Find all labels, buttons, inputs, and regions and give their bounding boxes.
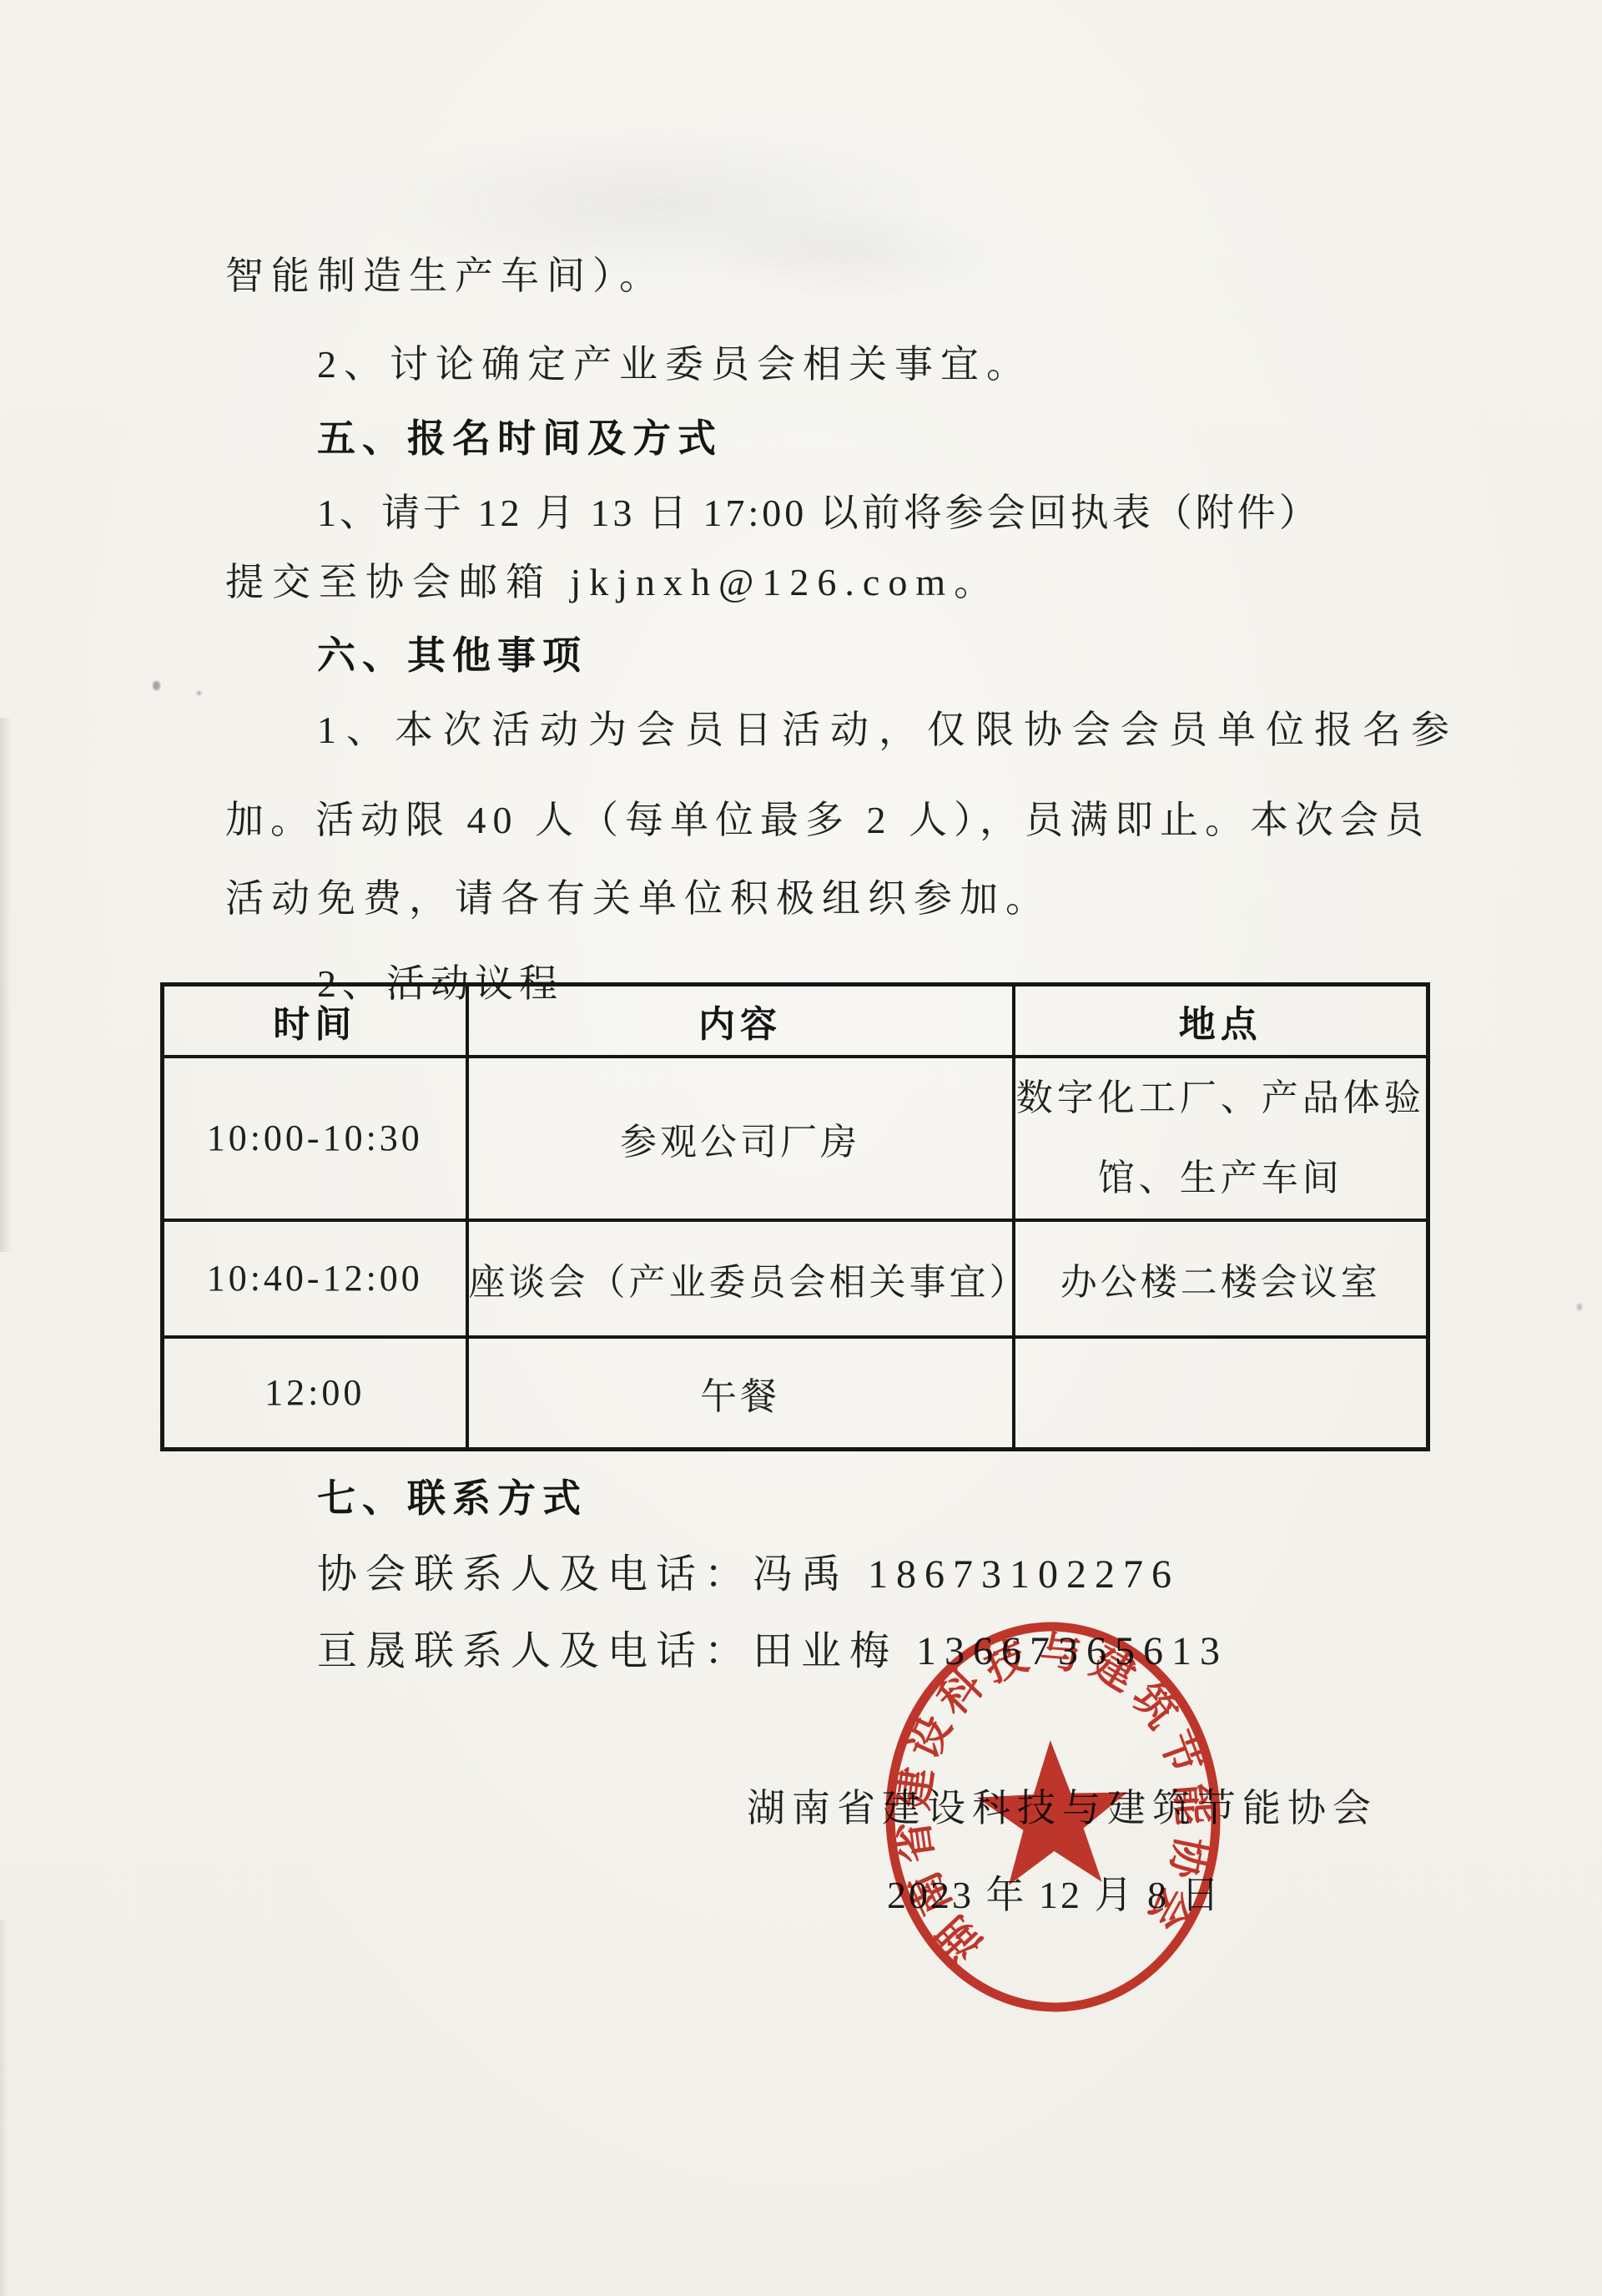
ink-speck — [153, 681, 160, 690]
body-line-1: 智能制造生产车间）。 — [225, 252, 665, 300]
location-line: 馆、生产车间 — [1015, 1138, 1427, 1219]
ink-speck — [1577, 1304, 1582, 1310]
column-header-content: 内容 — [467, 985, 1014, 1057]
agenda-row-3: 12:00 午餐 — [163, 1337, 1428, 1450]
scan-bleedthrough-artifact — [701, 209, 1001, 300]
body-line-7: 1、本次活动为会员日活动，仅限协会会员单位报名参 — [317, 706, 1459, 754]
agenda-row-2: 10:40-12:00 座谈会（产业委员会相关事宜） 办公楼二楼会议室 — [163, 1220, 1428, 1337]
section-heading-5: 五、报名时间及方式 — [317, 414, 723, 462]
scan-edge-shadow — [0, 1920, 8, 2296]
cell-content: 参观公司厂房 — [467, 1057, 1014, 1220]
agenda-header-row: 时间 内容 地点 — [163, 985, 1428, 1057]
agenda-table: 时间 内容 地点 10:00-10:30 参观公司厂房 数字化工厂、产品体验 馆… — [160, 982, 1430, 1451]
body-line-4: 1、请于 12 月 13 日 17:00 以前将参会回执表（附件） — [317, 489, 1321, 537]
scan-edge-shadow — [0, 718, 12, 1252]
section-heading-6: 六、其他事项 — [317, 631, 587, 679]
body-line-5-email: 提交至协会邮箱 jkjnxh@126.com。 — [225, 558, 1000, 607]
cell-content: 座谈会（产业委员会相关事宜） — [467, 1220, 1014, 1337]
cell-location: 办公楼二楼会议室 — [1014, 1220, 1428, 1337]
body-line-2: 2、讨论确定产业委员会相关事宜。 — [317, 341, 1032, 389]
column-header-time: 时间 — [163, 985, 467, 1057]
section-heading-7: 七、联系方式 — [317, 1474, 587, 1522]
scanned-notice-page: 智能制造生产车间）。 2、讨论确定产业委员会相关事宜。 五、报名时间及方式 1、… — [0, 0, 1602, 2296]
cell-time: 10:40-12:00 — [163, 1220, 467, 1337]
cell-location: 数字化工厂、产品体验 馆、生产车间 — [1014, 1057, 1428, 1220]
contact-line-association: 协会联系人及电话：冯禹 18673102276 — [317, 1551, 1180, 1599]
official-red-seal: 湖南省建设科技与建筑节能协会 — [854, 1597, 1252, 2036]
agenda-row-1: 10:00-10:30 参观公司厂房 数字化工厂、产品体验 馆、生产车间 — [163, 1057, 1428, 1220]
cell-time: 10:00-10:30 — [163, 1057, 467, 1220]
cell-location — [1014, 1337, 1428, 1450]
location-line: 数字化工厂、产品体验 — [1015, 1058, 1427, 1138]
ink-speck — [197, 691, 201, 695]
cell-time: 12:00 — [163, 1337, 467, 1450]
seal-star-icon — [975, 1738, 1131, 1886]
body-line-9: 活动免费，请各有关单位积极组织参加。 — [225, 875, 1051, 923]
body-line-8: 加。活动限 40 人（每单位最多 2 人），员满即止。本次会员 — [225, 796, 1430, 845]
column-header-location: 地点 — [1014, 985, 1428, 1057]
cell-content: 午餐 — [467, 1337, 1014, 1450]
